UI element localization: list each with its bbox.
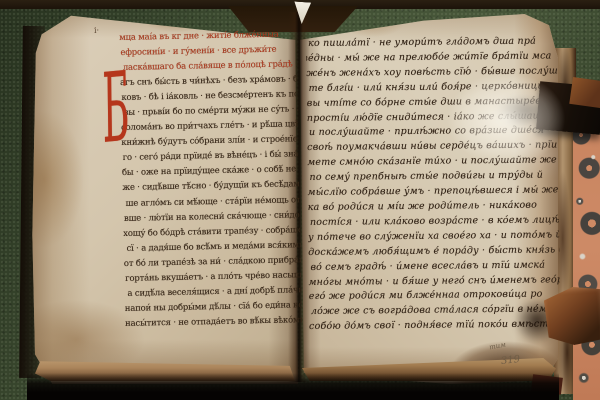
left-page-text: мца маі́а въ кг дне · житі́е блже́нныаеф… [119, 27, 303, 345]
manuscript-photo: і· мца маі́а въ кг дне · житі́е блже́нны… [0, 0, 600, 400]
folio-number: 319 [500, 354, 520, 367]
margin-mark: і· [94, 26, 99, 35]
camera-glare-highlight [428, 58, 584, 180]
book-bottom-shadow [27, 373, 559, 400]
text-line: насы́тится · не отпада́етъ во вѣ́кы вѣко… [125, 313, 302, 332]
drop-cap-initial: Б [102, 68, 130, 148]
body-lines-left: агъ снъ бы́сть в чи́нѣхъ · безъ хра́мовъ… [120, 72, 302, 331]
rubric-lines: мца маі́а въ кг дне · житі́е блже́нныаеф… [119, 27, 297, 76]
